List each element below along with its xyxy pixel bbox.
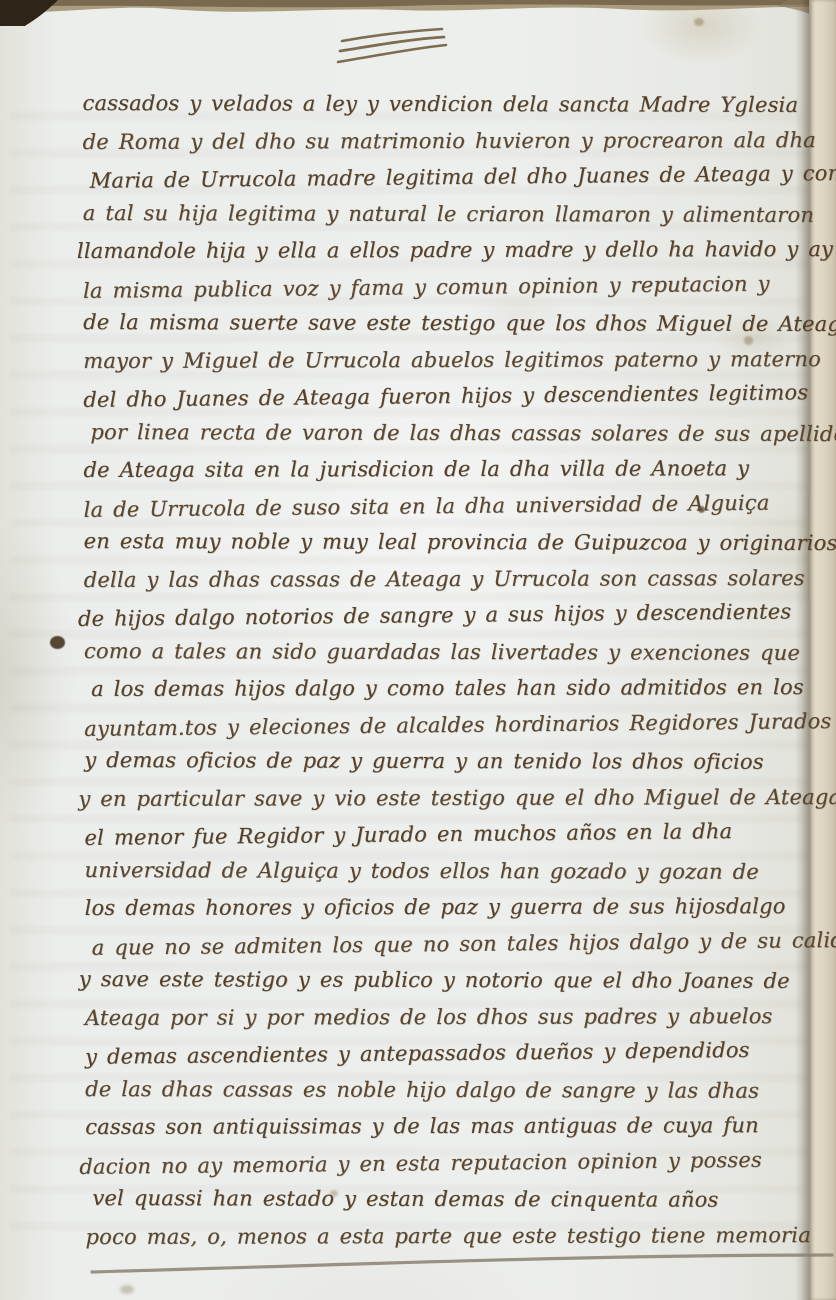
manuscript-line: ayuntam.tos y eleciones de alcaldes hord… (84, 703, 820, 747)
manuscript-line: de Ateaga sita en la jurisdicion de la d… (83, 450, 819, 488)
manuscript-line: llamandole hija y ella a ellos padre y m… (77, 231, 819, 269)
manuscript-line: cassados y velados a ley y vendicion del… (82, 85, 818, 123)
manuscript-line: y demas ascendientes y antepassados dueñ… (85, 1031, 821, 1075)
manuscript-line: de Roma y del dho su matrimonio huvieron… (83, 122, 819, 160)
manuscript-line: mayor y Miguel de Urrucola abuelos legit… (83, 341, 819, 379)
manuscript-line: la de Urrucola de suso sita en la dha un… (83, 484, 819, 528)
manuscript-line: universidad de Alguiça y todos ellos han… (84, 852, 820, 890)
ink-blot (50, 636, 65, 649)
manuscript-line: a los demas hijos dalgo y como tales han… (91, 669, 820, 707)
manuscript-line: la misma publica voz y fama y comun opin… (83, 265, 819, 309)
page-edge-top (0, 0, 836, 26)
manuscript-line: vel quassi han estado y estan demas de c… (92, 1180, 821, 1218)
manuscript-line: Ateaga por si y por medios de los dhos s… (85, 998, 821, 1036)
manuscript-line: en esta muy noble y muy leal provincia d… (84, 523, 820, 561)
manuscript-text-block: cassados y velados a ley y vendicion del… (82, 85, 821, 1255)
manuscript-line: de la misma suerte save este testigo que… (83, 304, 819, 342)
manuscript-line: como a tales an sido guardadas las liver… (84, 633, 820, 671)
end-of-testimony-rule (88, 1244, 836, 1278)
manuscript-photo: cassados y velados a ley y vendicion del… (0, 0, 836, 1300)
manuscript-line: cassas son antiquissimas y de las mas an… (85, 1107, 821, 1145)
manuscript-line: de las dhas cassas es noble hijo dalgo d… (85, 1071, 821, 1109)
binding-shadow-top-left (0, 0, 58, 26)
manuscript-line: los demas honores y oficios de paz y gue… (85, 888, 821, 926)
manuscript-line: de hijos dalgo notorios de sangre y a su… (78, 593, 820, 637)
manuscript-line: dacion no ay memoria y en esta reputacio… (79, 1141, 821, 1185)
manuscript-line: y demas oficios de paz y guerra y an ten… (84, 742, 820, 780)
smudge-spot (120, 1285, 134, 1294)
manuscript-line: por linea recta de varon de las dhas cas… (90, 414, 819, 452)
manuscript-line: y save este testigo y es publico y notor… (79, 961, 821, 999)
triple-stroke-flourish-icon (336, 24, 452, 68)
manuscript-line: y en particular save y vio este testigo … (78, 779, 820, 817)
manuscript-line: Maria de Urrucola madre legitima del dho… (90, 155, 819, 199)
manuscript-line: a tal su hija legitima y natural le cria… (83, 195, 819, 233)
manuscript-line: a que no se admiten los que no son tales… (92, 922, 821, 966)
manuscript-line: el menor fue Regidor y Jurado en muchos … (84, 812, 820, 856)
manuscript-line: del dho Juanes de Ateaga fueron hijos y … (83, 374, 819, 418)
manuscript-line: della y las dhas cassas de Ateaga y Urru… (84, 560, 820, 598)
